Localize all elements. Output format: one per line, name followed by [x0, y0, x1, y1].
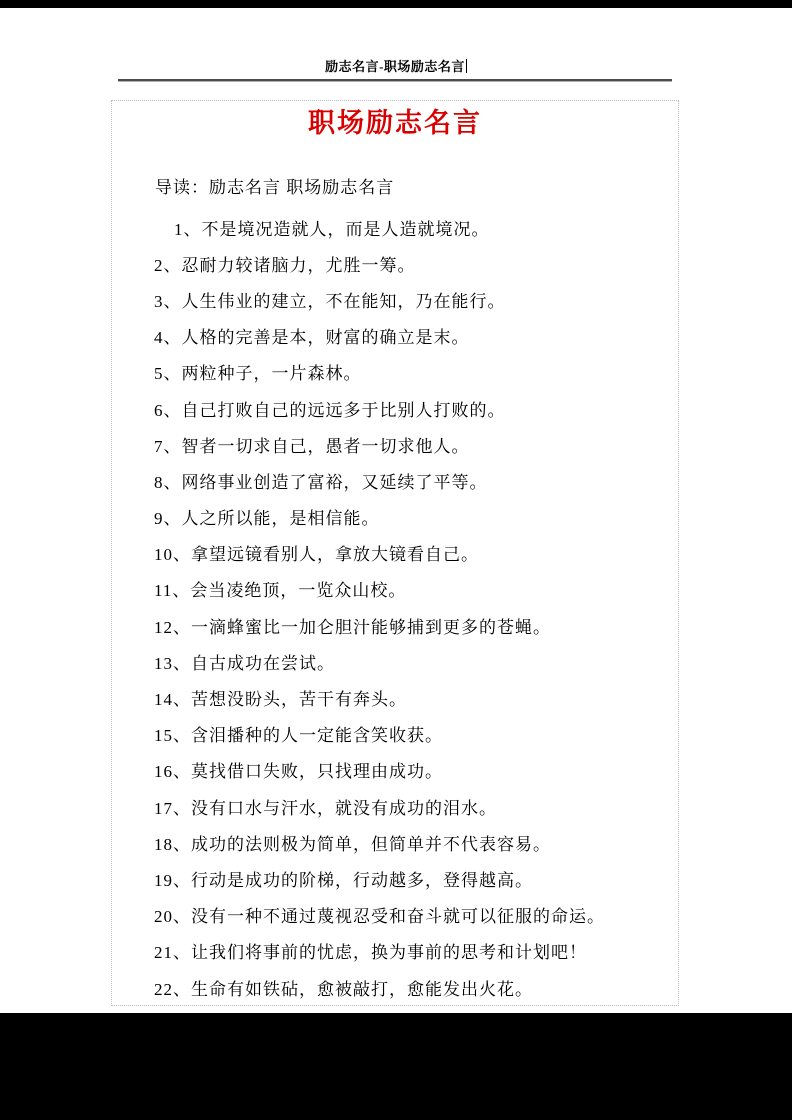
quote-line-19: 19、行动是成功的阶梯，行动越多，登得越高。: [112, 860, 678, 896]
letterbox-top: [0, 0, 792, 8]
quote-line-1: 1、不是境况造就人，而是人造就境况。: [112, 209, 678, 245]
intro-line: 导读：励志名言 职场励志名言: [112, 176, 678, 200]
document-frame: 职场励志名言 导读：励志名言 职场励志名言 1、不是境况造就人，而是人造就境况。…: [111, 100, 679, 1006]
quote-line-21: 21、让我们将事前的忧虑，换为事前的思考和计划吧！: [112, 933, 678, 969]
quote-line-20: 20、没有一种不通过蔑视忍受和奋斗就可以征服的命运。: [112, 897, 678, 933]
letterbox-bottom: [0, 1013, 792, 1120]
quote-line-13: 13、自古成功在尝试。: [112, 643, 678, 679]
quote-line-22: 22、生命有如铁砧，愈被敲打，愈能发出火花。: [112, 969, 678, 1005]
quote-line-11: 11、会当凌绝顶，一览众山校。: [112, 571, 678, 607]
page-header-title: 励志名言-职场励志名言: [325, 59, 465, 74]
document-title: 职场励志名言: [112, 106, 678, 140]
quote-line-8: 8、网络事业创造了富裕，又延续了平等。: [112, 462, 678, 498]
quote-line-10: 10、拿望远镜看别人，拿放大镜看自己。: [112, 535, 678, 571]
quote-line-9: 9、人之所以能，是相信能。: [112, 499, 678, 535]
quote-line-15: 15、含泪播种的人一定能含笑收获。: [112, 716, 678, 752]
quote-line-14: 14、苦想没盼头，苦干有奔头。: [112, 679, 678, 715]
quote-line-17: 17、没有口水与汗水，就没有成功的泪水。: [112, 788, 678, 824]
quote-line-3: 3、人生伟业的建立，不在能知，乃在能行。: [112, 281, 678, 317]
quote-line-6: 6、自己打败自己的远远多于比别人打败的。: [112, 390, 678, 426]
quote-list: 1、不是境况造就人，而是人造就境况。 2、忍耐力较诸脑力，尤胜一筹。 3、人生伟…: [112, 209, 678, 1005]
quote-line-2: 2、忍耐力较诸脑力，尤胜一筹。: [112, 245, 678, 281]
text-cursor[interactable]: [466, 59, 467, 73]
quote-line-7: 7、智者一切求自己，愚者一切求他人。: [112, 426, 678, 462]
page-header: 励志名言-职场励志名言: [0, 59, 792, 75]
quote-line-4: 4、人格的完善是本，财富的确立是末。: [112, 318, 678, 354]
quote-line-16: 16、莫找借口失败，只找理由成功。: [112, 752, 678, 788]
quote-line-12: 12、一滴蜂蜜比一加仑胆汁能够捕到更多的苍蝇。: [112, 607, 678, 643]
quote-line-18: 18、成功的法则极为简单，但简单并不代表容易。: [112, 824, 678, 860]
quote-line-5: 5、两粒种子，一片森林。: [112, 354, 678, 390]
page: { "colors": { "title_red": "#d90000", "l…: [0, 0, 792, 1120]
header-rule: [118, 79, 672, 82]
